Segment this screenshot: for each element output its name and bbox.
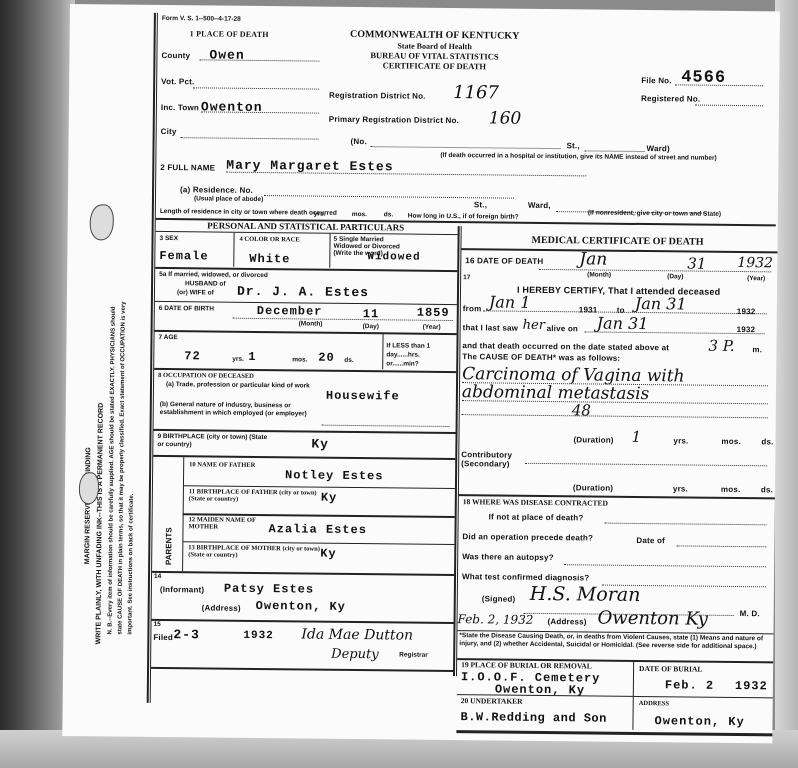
registration-district-value: 1167 bbox=[453, 82, 499, 103]
divider bbox=[382, 333, 383, 369]
length-residence-label: Length of residence in city or town wher… bbox=[160, 208, 337, 217]
medical-section-title: MEDICAL CERTIFICATE OF DEATH bbox=[457, 234, 777, 248]
occupation-b-label: (b) General nature of industry, business… bbox=[160, 401, 320, 419]
age-mos-label: mos. bbox=[292, 356, 307, 363]
dob-day-label: (Day) bbox=[363, 323, 379, 330]
age-days: 20 bbox=[318, 351, 335, 365]
alive-on-year: 1932 bbox=[737, 325, 756, 334]
informant-name: Patsy Estes bbox=[224, 582, 314, 597]
residence-sublabel: (Usual place of abode) bbox=[194, 195, 263, 203]
cause-footnote: *State the Disease Causing Death, or, in… bbox=[459, 632, 771, 651]
residence-label: (a) Residence. No. bbox=[180, 185, 253, 195]
street-no-label: (No. bbox=[351, 137, 367, 146]
margin-note-line3: important. See instructions on back of c… bbox=[127, 494, 134, 635]
sex-value: Female bbox=[159, 249, 208, 264]
primary-registration-label: Primary Registration District No. bbox=[329, 115, 459, 125]
filed-year: 1932 bbox=[243, 630, 274, 642]
occupation-a-label: (a) Trade, profession or particular kind… bbox=[166, 381, 316, 391]
father-birthplace-value: Ky bbox=[321, 491, 338, 505]
county-value: Owen bbox=[209, 47, 244, 62]
registered-no-label: Registered No. bbox=[641, 94, 700, 104]
age-yrs-label: yrs. bbox=[232, 356, 244, 363]
registrar-label: Registrar bbox=[399, 651, 428, 658]
birthplace-label: 9 BIRTHPLACE (city or town) (State or co… bbox=[157, 433, 267, 450]
contributory-field bbox=[525, 455, 767, 467]
residence-ward-label: Ward, bbox=[528, 201, 551, 210]
parents-label: PARENTS bbox=[164, 527, 173, 565]
certify-statement: I HEREBY CERTIFY, That I attended deceas… bbox=[517, 285, 720, 297]
test-label: What test confirmed diagnosis? bbox=[462, 572, 589, 582]
duration2-ds-label: ds. bbox=[761, 485, 773, 494]
alive-on-date: Jan 31 bbox=[597, 314, 649, 334]
attended-from-label: from bbox=[463, 304, 482, 313]
mother-name-value: Azalia Estes bbox=[268, 522, 367, 537]
residence-st-label: St., bbox=[474, 200, 487, 209]
cause-label: The CAUSE OF DEATH* was as follows: bbox=[462, 352, 620, 363]
divider bbox=[329, 234, 330, 268]
margin-binding-note: MARGIN RESERVED FOR BINDING bbox=[84, 447, 92, 564]
dod-label: 16 DATE OF DEATH bbox=[465, 256, 543, 266]
physician-address: Owenton Ky bbox=[597, 608, 707, 630]
attended-to-year: 1932 bbox=[737, 307, 756, 316]
attended-from-date: Jan 1 bbox=[489, 292, 531, 311]
paper-hole-blot bbox=[90, 204, 114, 240]
margin-write-plainly: WRITE PLAINLY, WITH UNFADING INK--THIS I… bbox=[95, 403, 105, 645]
attended-to-date: Jan 31 bbox=[635, 294, 687, 314]
county-field: Owen bbox=[199, 45, 319, 61]
not-place-label: If not at place of death? bbox=[489, 512, 584, 522]
spouse-label-3: (or) WIFE of bbox=[177, 289, 214, 296]
divider bbox=[153, 455, 455, 460]
attended-from-year: 1931 bbox=[579, 305, 598, 314]
burial-year: 1932 bbox=[735, 679, 768, 693]
dod-day: 31 bbox=[687, 254, 706, 272]
county-label: County bbox=[161, 51, 190, 60]
length-yrs: yrs. bbox=[314, 211, 326, 218]
father-name-label: 10 NAME OF FATHER bbox=[189, 461, 259, 469]
undertaker-address-label: ADDRESS bbox=[639, 700, 669, 707]
city-field bbox=[181, 127, 319, 139]
mother-birthplace-label: 13 BIRTHPLACE OF MOTHER (city or town) (… bbox=[188, 544, 328, 559]
duration-yrs-label: yrs. bbox=[673, 436, 688, 445]
sign-date: Feb. 2, 1932 bbox=[458, 612, 534, 627]
filed-num: 15 bbox=[153, 621, 160, 628]
deputy-signature: Deputy bbox=[331, 647, 379, 662]
dob-day: 11 bbox=[363, 307, 380, 321]
filed-label: Filed bbox=[153, 633, 173, 642]
vot-pct-field bbox=[193, 77, 319, 89]
autopsy-field bbox=[564, 555, 766, 567]
informant-label: (Informant) bbox=[160, 585, 205, 594]
divider bbox=[233, 233, 234, 267]
duration2-mos-label: mos. bbox=[721, 485, 741, 494]
inc-town-value: Owenton bbox=[201, 99, 263, 115]
mother-name-label: 12 MAIDEN NAME OF MOTHER bbox=[188, 516, 258, 531]
spouse-label-1: 5a If married, widowed, or divorced bbox=[159, 271, 268, 279]
divider bbox=[155, 330, 457, 335]
filed-date: 2-3 bbox=[173, 627, 200, 642]
form-number: Form V. S. 1--500--4-17-28 bbox=[162, 15, 241, 23]
father-name-value: Notley Estes bbox=[285, 468, 384, 483]
spouse-value: Dr. J. A. Estes bbox=[237, 284, 369, 300]
time-m-label: m. bbox=[752, 345, 762, 354]
dob-label: 6 DATE OF BIRTH bbox=[159, 305, 214, 313]
operation-date-field bbox=[676, 536, 766, 547]
occupation-label: 8 OCCUPATION OF DECEASED bbox=[158, 372, 254, 380]
informant-num: 14 bbox=[154, 573, 161, 580]
address-label: (Address) bbox=[548, 617, 587, 626]
place-of-death-heading: 1 PLACE OF DEATH bbox=[190, 29, 269, 39]
divider bbox=[152, 571, 454, 576]
not-place-field bbox=[605, 514, 767, 526]
duration-ds-label: ds. bbox=[761, 437, 773, 446]
spouse-label-2: HUSBAND of bbox=[185, 280, 226, 287]
duration2-yrs-label: yrs. bbox=[673, 484, 688, 493]
full-name-field: Mary Margaret Estes bbox=[226, 156, 586, 177]
dod-year-label: (Year) bbox=[747, 275, 765, 282]
race-value: White bbox=[249, 252, 290, 266]
informant-address-label: (Address) bbox=[202, 603, 241, 612]
age-ds-label: ds. bbox=[344, 357, 353, 364]
dob-year: 1859 bbox=[417, 306, 450, 320]
city-label: City bbox=[161, 127, 177, 136]
residence-field bbox=[264, 186, 514, 199]
ward-label: Ward) bbox=[646, 144, 669, 153]
date-of-label: Date of bbox=[636, 536, 665, 545]
divider bbox=[151, 667, 453, 672]
registration-district-label: Registration District No. bbox=[329, 91, 426, 101]
dob-year-label: (Year) bbox=[423, 324, 441, 331]
primary-registration-value: 160 bbox=[489, 108, 522, 128]
age-years: 72 bbox=[184, 349, 201, 363]
nonresident-note: (If nonresident, give city or town and S… bbox=[588, 209, 788, 218]
death-certificate: MARGIN RESERVED FOR BINDING WRITE PLAINL… bbox=[62, 4, 780, 743]
sex-label: 3 SEX bbox=[160, 235, 179, 242]
informant-address: Owenton, Ky bbox=[256, 599, 346, 614]
divider bbox=[633, 696, 773, 698]
ward-field bbox=[584, 141, 644, 152]
margin-note-line2: state CAUSE OF DEATH in plain terms, so … bbox=[117, 301, 126, 634]
race-label: 4 COLOR OR RACE bbox=[240, 236, 300, 244]
divider bbox=[461, 248, 777, 253]
duration-years: 1 bbox=[631, 428, 641, 446]
divider bbox=[456, 730, 772, 736]
contributory-label: Contributory (Secondary) bbox=[461, 450, 521, 469]
duration-mos-label: mos. bbox=[721, 437, 741, 446]
item17-num: 17 bbox=[463, 274, 470, 281]
age-months: 1 bbox=[248, 350, 256, 364]
header-certificate: CERTIFICATE OF DEATH bbox=[319, 60, 549, 72]
file-no-value: 4566 bbox=[681, 68, 726, 87]
marital-value: Widowed bbox=[367, 251, 420, 264]
burial-place-label: 19 PLACE OF BURIAL OR REMOVAL bbox=[461, 660, 592, 670]
disease-contracted-label: 18 WHERE WAS DISEASE CONTRACTED bbox=[463, 497, 608, 508]
registrar-signature: Ida Mae Dutton bbox=[301, 626, 413, 643]
burial-date-label: DATE OF BURIAL bbox=[639, 664, 702, 674]
operation-label: Did an operation precede death? bbox=[462, 532, 593, 542]
margin-note-line1: N. B.--Every item of information should … bbox=[107, 307, 116, 635]
time-of-death: 3 P. bbox=[708, 337, 734, 355]
inc-town-field: Owenton bbox=[201, 97, 319, 113]
dob-month: December bbox=[257, 304, 323, 319]
md-label: M. D. bbox=[740, 609, 760, 618]
autopsy-label: Was there an autopsy? bbox=[462, 552, 554, 562]
cause-line-3: 48 bbox=[462, 400, 768, 418]
duration-label: (Duration) bbox=[573, 435, 613, 444]
age-label: 7 AGE bbox=[158, 334, 177, 341]
dod-month: Jan bbox=[579, 249, 607, 269]
occurred-label: and that death occurred on the date stat… bbox=[462, 341, 669, 352]
registered-no-field bbox=[695, 95, 763, 107]
last-saw-pronoun: her bbox=[523, 318, 545, 333]
full-name-value: Mary Margaret Estes bbox=[226, 158, 393, 175]
street-label: St., bbox=[566, 141, 579, 150]
dob-month-label: (Month) bbox=[299, 320, 323, 327]
burial-date: Feb. 2 bbox=[665, 678, 714, 693]
cause-line3-value: 48 bbox=[572, 401, 591, 419]
divider bbox=[152, 619, 454, 624]
occupation-value: Housewife bbox=[326, 389, 400, 404]
signed-label: (Signed) bbox=[482, 594, 516, 603]
street-no-field bbox=[371, 137, 561, 149]
dod-year: 1932 bbox=[737, 255, 773, 271]
undertaker-address: Owenton, Ky bbox=[654, 714, 744, 729]
physician-signature: H.S. Moran bbox=[530, 583, 641, 606]
mother-birthplace-value: Ky bbox=[320, 547, 337, 561]
length-ds: ds. bbox=[384, 211, 393, 218]
duration2-label: (Duration) bbox=[573, 483, 613, 492]
occupation-b-field bbox=[322, 417, 450, 427]
vot-pct-label: Vot. Pct. bbox=[161, 77, 194, 86]
last-saw-label: that I last saw bbox=[463, 323, 519, 333]
how-long-us-label: How long in U.S., if of foreign birth? bbox=[408, 213, 519, 221]
less-than-day: If LESS than 1 day......hrs. or......min… bbox=[386, 341, 450, 369]
father-birthplace-label: 11 BIRTHPLACE OF FATHER (city or town) (… bbox=[189, 488, 329, 503]
undertaker-value: B.W.Redding and Son bbox=[460, 710, 606, 726]
dod-day-label: (Day) bbox=[667, 273, 683, 280]
alive-on-label: alive on bbox=[547, 324, 578, 333]
birthplace-value: Ky bbox=[311, 437, 329, 452]
undertaker-label: 20 UNDERTAKER bbox=[461, 696, 523, 706]
dod-month-label: (Month) bbox=[587, 271, 611, 278]
length-mos: mos. bbox=[352, 211, 367, 218]
file-no-field: 4566 bbox=[675, 68, 763, 86]
full-name-label: 2 FULL NAME bbox=[160, 163, 215, 173]
inc-town-label: Inc. Town bbox=[161, 103, 199, 112]
file-no-label: File No. bbox=[641, 76, 672, 85]
